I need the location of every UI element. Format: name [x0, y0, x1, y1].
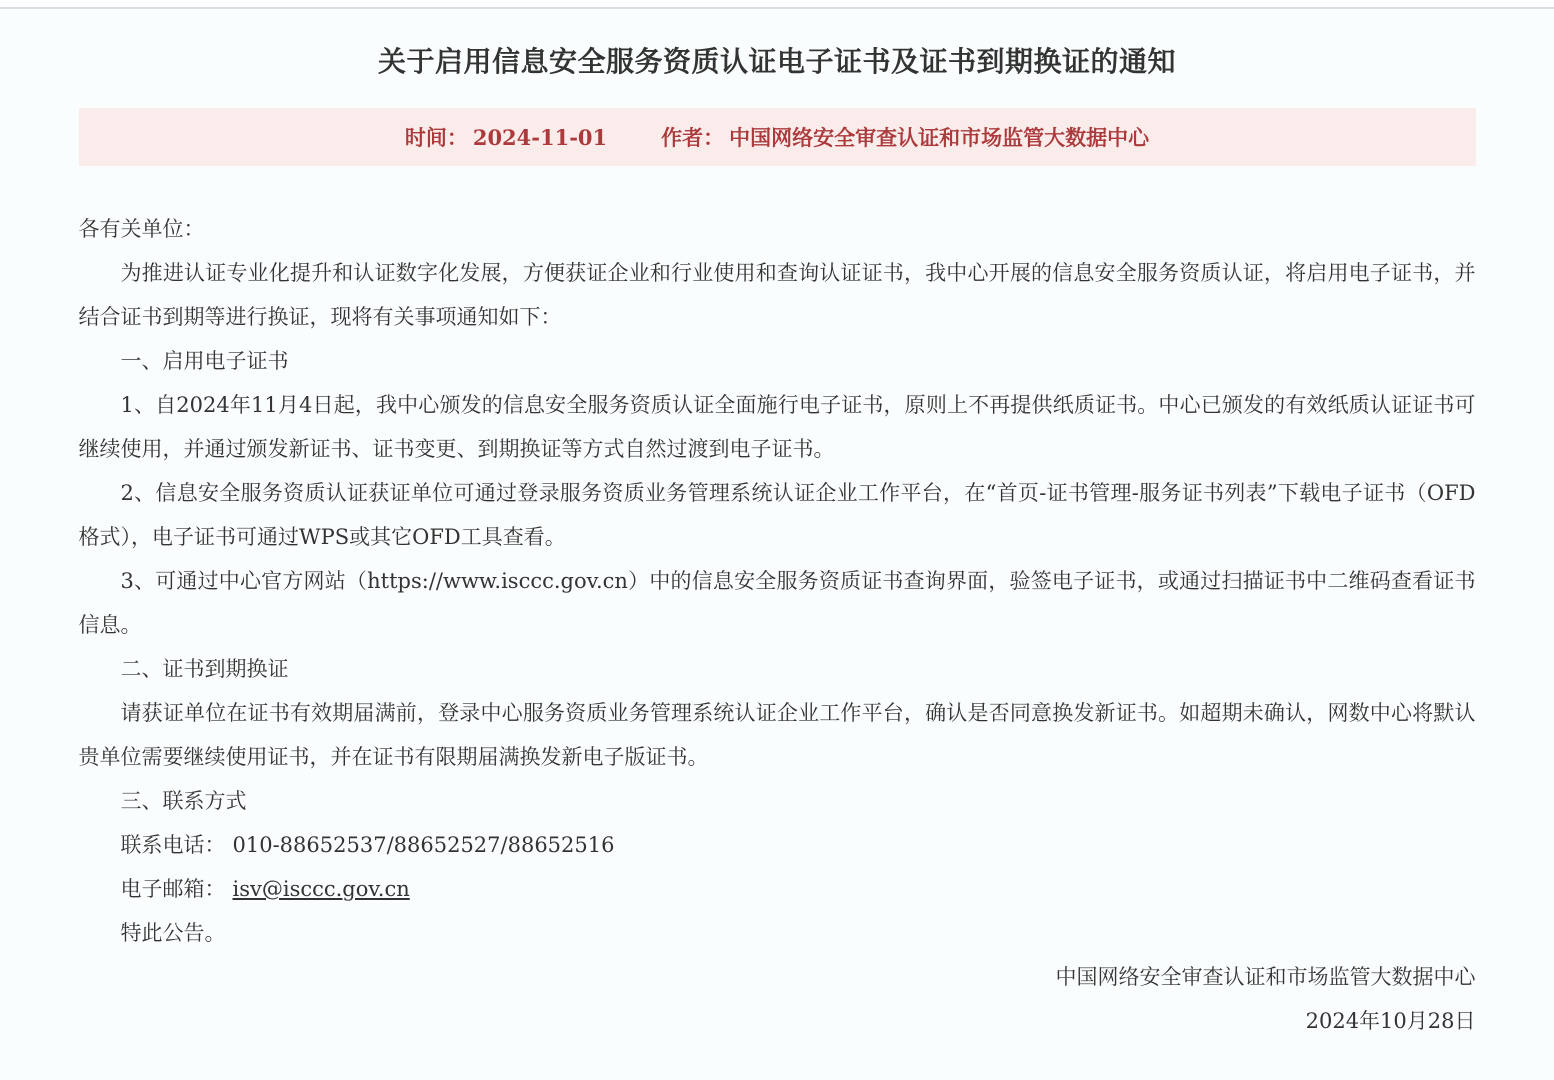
- intro-paragraph: 为推进认证专业化提升和认证数字化发展，方便获证企业和行业使用和查询认证证书，我中…: [79, 251, 1476, 339]
- section2-paragraph: 请获证单位在证书有效期届满前，登录中心服务资质业务管理系统认证企业工作平台，确认…: [79, 691, 1476, 779]
- contact-phone-value: 010-88652537/88652527/88652516: [233, 833, 615, 857]
- contact-phone-line: 联系电话：010-88652537/88652527/88652516: [79, 823, 1476, 867]
- meta-author: 作者：中国网络安全审查认证和市场监管大数据中心: [661, 122, 1149, 152]
- section1-item-2: 2、信息安全服务资质认证获证单位可通过登录服务资质业务管理系统认证企业工作平台，…: [79, 471, 1476, 559]
- section1-item-3: 3、可通过中心官方网站（https://www.isccc.gov.cn）中的信…: [79, 559, 1476, 647]
- meta-time-value: 2024-11-01: [473, 125, 607, 150]
- signature-date: 2024年10月28日: [79, 999, 1476, 1043]
- contact-email-label: 电子邮箱：: [121, 877, 226, 901]
- email-link[interactable]: isv@isccc.gov.cn: [233, 877, 410, 901]
- section1-heading: 一、启用电子证书: [79, 339, 1476, 383]
- notice-page: 关于启用信息安全服务资质认证电子证书及证书到期换证的通知 时间：2024-11-…: [79, 47, 1476, 1043]
- top-divider: [0, 0, 1554, 9]
- meta-time-label: 时间：: [405, 125, 468, 150]
- contact-phone-label: 联系电话：: [121, 833, 226, 857]
- meta-author-value: 中国网络安全审查认证和市场监管大数据中心: [729, 125, 1149, 150]
- closing-statement: 特此公告。: [79, 911, 1476, 955]
- contact-email-line: 电子邮箱：isv@isccc.gov.cn: [79, 867, 1476, 911]
- signature-org: 中国网络安全审查认证和市场监管大数据中心: [79, 955, 1476, 999]
- salutation: 各有关单位：: [79, 207, 1476, 251]
- notice-body: 各有关单位： 为推进认证专业化提升和认证数字化发展，方便获证企业和行业使用和查询…: [79, 207, 1476, 1043]
- meta-bar: 时间：2024-11-01 作者：中国网络安全审查认证和市场监管大数据中心: [79, 108, 1476, 166]
- meta-author-label: 作者：: [661, 125, 724, 150]
- section3-heading: 三、联系方式: [79, 779, 1476, 823]
- page-title: 关于启用信息安全服务资质认证电子证书及证书到期换证的通知: [79, 47, 1476, 77]
- meta-time: 时间：2024-11-01: [405, 122, 607, 152]
- section1-item-1: 1、自2024年11月4日起，我中心颁发的信息安全服务资质认证全面施行电子证书，…: [79, 383, 1476, 471]
- section2-heading: 二、证书到期换证: [79, 647, 1476, 691]
